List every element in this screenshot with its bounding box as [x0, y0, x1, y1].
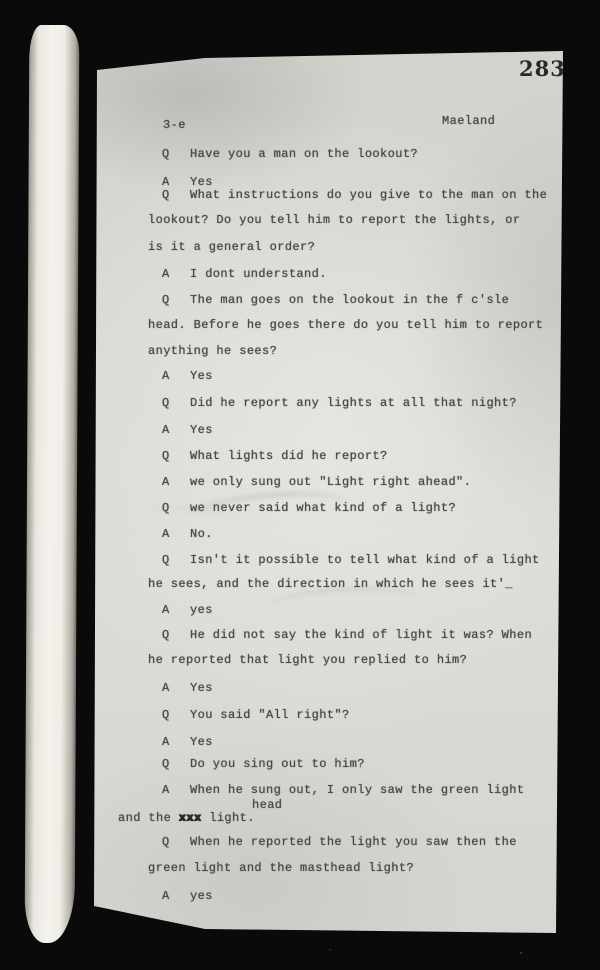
- speaker-label: Q: [162, 757, 190, 771]
- line-text: When he reported the light you saw then …: [190, 835, 517, 849]
- line-text: yes: [190, 603, 213, 617]
- speaker-label: A: [162, 175, 190, 189]
- transcript-line: QDid he report any lights at all that ni…: [162, 396, 517, 410]
- line-text: Isn't it possible to tell what kind of a…: [190, 553, 540, 567]
- header-witness-name: Maeland: [442, 114, 495, 128]
- speaker-label: Q: [162, 708, 190, 722]
- line-text: What lights did he report?: [190, 449, 388, 463]
- speaker-label: A: [162, 783, 190, 797]
- line-text: we never said what kind of a light?: [190, 501, 456, 515]
- inserted-word: head: [252, 798, 282, 812]
- transcript-line: QWhat lights did he report?: [162, 449, 388, 463]
- line-text: Yes: [190, 681, 213, 695]
- line-text: we only sung out "Light right ahead".: [190, 475, 471, 489]
- transcript-line: AYes: [162, 735, 213, 749]
- transcript-line: he sees, and the direction in which he s…: [148, 577, 513, 591]
- transcript-line: QHe did not say the kind of light it was…: [162, 628, 532, 642]
- transcript-line: AYes: [162, 175, 213, 189]
- speaker-label: A: [162, 603, 190, 617]
- speaker-label: A: [162, 681, 190, 695]
- speaker-label: A: [162, 527, 190, 541]
- transcript-line: QWhen he reported the light you saw then…: [162, 835, 517, 849]
- transcript-line: QWhat instructions do you give to the ma…: [162, 188, 547, 202]
- transcript-line: AWhen he sung out, I only saw the green …: [162, 783, 524, 797]
- transcript-line: head. Before he goes there do you tell h…: [148, 318, 543, 332]
- speaker-label: Q: [162, 293, 190, 307]
- transcript-line: anything he sees?: [148, 344, 277, 358]
- speaker-label: A: [162, 423, 190, 437]
- document-page: 283 3-e Maeland QHave you a man on the l…: [0, 0, 600, 970]
- line-text: he reported that light you replied to hi…: [148, 653, 467, 667]
- transcript-line: Ayes: [162, 889, 213, 903]
- line-text: Did he report any lights at all that nig…: [190, 396, 517, 410]
- transcript-line: and the xxx light.: [118, 811, 255, 825]
- speaker-label: Q: [162, 396, 190, 410]
- transcript-line: QIsn't it possible to tell what kind of …: [162, 553, 540, 567]
- speaker-label: A: [162, 889, 190, 903]
- speaker-label: A: [162, 369, 190, 383]
- speaker-label: A: [162, 735, 190, 749]
- transcript-line: AI dont understand.: [162, 267, 327, 281]
- line-text: light.: [202, 811, 255, 825]
- line-text: yes: [190, 889, 213, 903]
- line-text: head: [252, 798, 282, 812]
- transcript-line: Ayes: [162, 603, 213, 617]
- line-text: is it a general order?: [148, 240, 315, 254]
- speaker-label: Q: [162, 553, 190, 567]
- line-text: Yes: [190, 735, 213, 749]
- line-text: No.: [190, 527, 213, 541]
- line-text: Yes: [190, 369, 213, 383]
- speaker-label: A: [162, 475, 190, 489]
- speaker-label: Q: [162, 147, 190, 161]
- transcript-line: QDo you sing out to him?: [162, 757, 365, 771]
- line-text: He did not say the kind of light it was?…: [190, 628, 532, 642]
- speaker-label: Q: [162, 501, 190, 515]
- line-text: You said "All right"?: [190, 708, 350, 722]
- speaker-label: A: [162, 267, 190, 281]
- line-text: What instructions do you give to the man…: [190, 188, 547, 202]
- transcript-line: QHave you a man on the lookout?: [162, 147, 418, 161]
- line-text: lookout? Do you tell him to report the l…: [148, 213, 520, 227]
- speaker-label: Q: [162, 628, 190, 642]
- transcript-line: QThe man goes on the lookout in the f c'…: [162, 293, 509, 307]
- line-text: head. Before he goes there do you tell h…: [148, 318, 543, 332]
- transcript-line: Qwe never said what kind of a light?: [162, 501, 456, 515]
- line-text: Yes: [190, 423, 213, 437]
- transcript-line: lookout? Do you tell him to report the l…: [148, 213, 520, 227]
- strikeout-text: xxx: [179, 811, 202, 825]
- transcript-line: QYou said "All right"?: [162, 708, 350, 722]
- line-text: I dont understand.: [190, 267, 327, 281]
- transcript-line: green light and the masthead light?: [148, 861, 414, 875]
- line-text: anything he sees?: [148, 344, 277, 358]
- line-text: and the: [118, 811, 179, 825]
- scanned-document-view: 283 3-e Maeland QHave you a man on the l…: [0, 0, 600, 970]
- page-number: 283: [519, 56, 566, 81]
- transcript-line: AYes: [162, 681, 213, 695]
- speaker-label: Q: [162, 449, 190, 463]
- line-text: green light and the masthead light?: [148, 861, 414, 875]
- line-text: Have you a man on the lookout?: [190, 147, 418, 161]
- transcript-line: AYes: [162, 423, 213, 437]
- line-text: he sees, and the direction in which he s…: [148, 577, 513, 591]
- line-text: When he sung out, I only saw the green l…: [190, 783, 524, 797]
- line-text: Yes: [190, 175, 213, 189]
- speaker-label: Q: [162, 835, 190, 849]
- transcript-line: ANo.: [162, 527, 213, 541]
- transcript-line: he reported that light you replied to hi…: [148, 653, 467, 667]
- transcript-line: is it a general order?: [148, 240, 315, 254]
- line-text: Do you sing out to him?: [190, 757, 365, 771]
- transcript-line: Awe only sung out "Light right ahead".: [162, 475, 471, 489]
- header-session-code: 3-e: [163, 118, 186, 132]
- line-text: The man goes on the lookout in the f c's…: [190, 293, 509, 307]
- page-stack-edge: [25, 25, 80, 943]
- transcript-line: AYes: [162, 369, 213, 383]
- speaker-label: Q: [162, 188, 190, 202]
